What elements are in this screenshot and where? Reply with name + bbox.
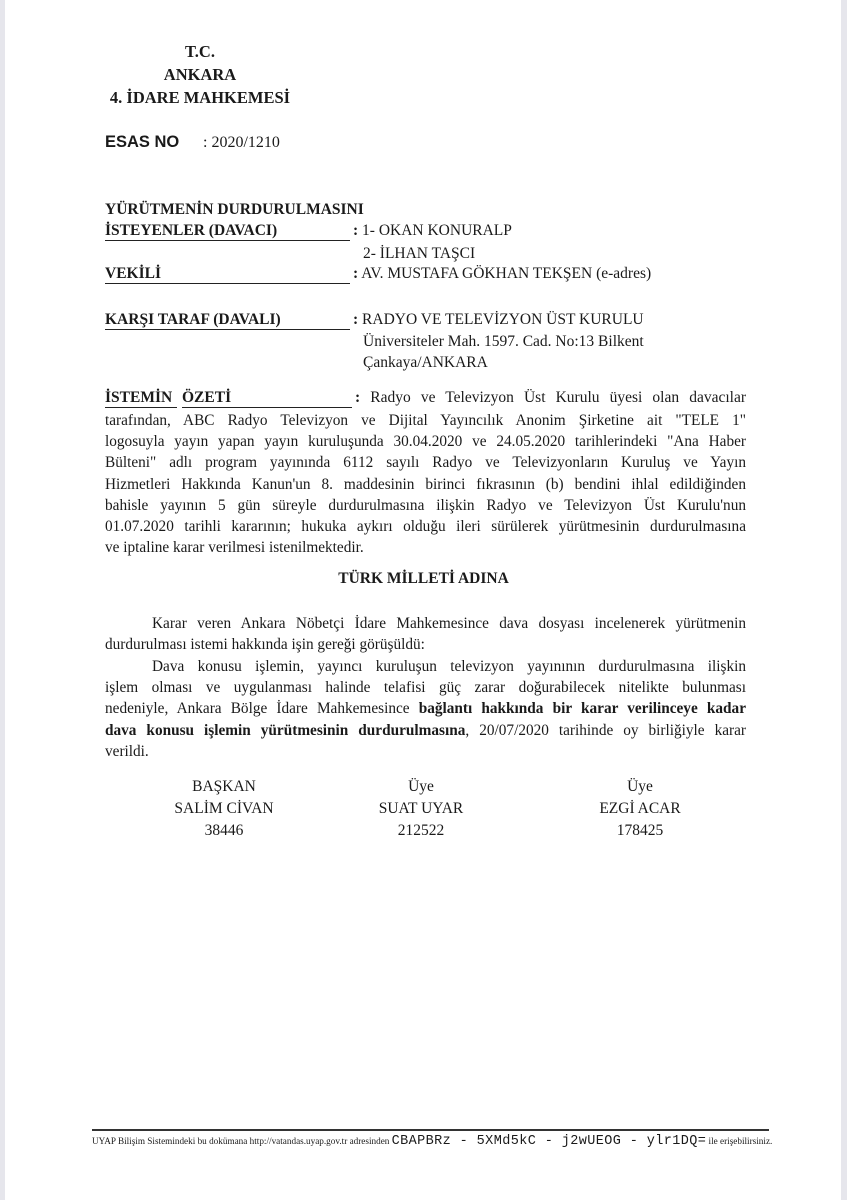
- summary-line: logosuyla yayın yapan yayın kuruluşunda …: [105, 431, 746, 452]
- decision-bold-text: dava konusu işlemin yürütmesinin durduru…: [105, 722, 465, 739]
- footer-verification: UYAP Bilişim Sistemindeki bu dokümana ht…: [92, 1134, 772, 1149]
- summary-line: ve iptaline karar verilmesi istenilmekte…: [105, 537, 746, 558]
- defendant-name: RADYO VE TELEVİZYON ÜST KURULU: [362, 311, 644, 328]
- decision-line: verildi.: [105, 741, 746, 762]
- decision-line: nedeniyle, Ankara Bölge İdare Mahkemesin…: [105, 698, 746, 719]
- header-tc: T.C.: [145, 42, 255, 62]
- signature-role: BAŞKAN: [134, 776, 314, 798]
- colon: :: [353, 265, 358, 282]
- summary-line: Hizmetleri Hakkında Kanun'un 8. maddesin…: [105, 474, 746, 495]
- defendant-label: KARŞI TARAF (DAVALI): [105, 311, 350, 330]
- colon: :: [355, 389, 360, 406]
- decision-bold-text: bağlantı hakkında bir karar verilinceye …: [419, 700, 746, 717]
- defendant-row: : RADYO VE TELEVİZYON ÜST KURULU: [353, 311, 644, 329]
- signature-id: 178425: [550, 820, 730, 842]
- verification-code: CBAPBRz - 5XMd5kC - j2wUEOG - ylr1DQ=: [392, 1134, 707, 1149]
- signature-role: Üye: [331, 776, 511, 798]
- summary-label-2: ÖZETİ: [182, 389, 352, 408]
- signature-name: SUAT UYAR: [331, 798, 511, 820]
- signature-member-2: Üye EZGİ ACAR 178425: [550, 776, 730, 842]
- summary-text: tarafından, ABC Radyo Televizyon ve Diji…: [105, 410, 746, 558]
- page-edge-right: [841, 0, 847, 1200]
- decision-line: durdurulması istemi hakkında işin gereği…: [105, 634, 746, 655]
- plaintiff-2: 2- İLHAN TAŞCI: [363, 245, 475, 263]
- signature-name: EZGİ ACAR: [550, 798, 730, 820]
- plaintiff-1: 1- OKAN KONURALP: [362, 222, 512, 239]
- page-edge-left: [0, 0, 5, 1200]
- footer-suffix: ile erişebilirsiniz.: [709, 1136, 773, 1146]
- summary-line-0: : Radyo ve Televizyon Üst Kurulu üyesi o…: [355, 389, 746, 407]
- summary-line: 01.07.2020 tarihli kararının; hukuka ayk…: [105, 516, 746, 537]
- decision-paragraph-1: Karar veren Ankara Nöbetçi İdare Mahkeme…: [105, 613, 746, 655]
- attorney-name: AV. MUSTAFA GÖKHAN TEKŞEN (e-adres): [361, 265, 651, 282]
- summary-line: bahisle yayının 5 gün süreyle durdurulma…: [105, 495, 746, 516]
- footer-divider: [92, 1129, 769, 1131]
- decision-line: Karar veren Ankara Nöbetçi İdare Mahkeme…: [105, 613, 746, 634]
- decision-paragraph-2: Dava konusu işlemin, yayıncı kuruluşun t…: [105, 656, 746, 762]
- signature-id: 212522: [331, 820, 511, 842]
- attorney-label: VEKİLİ: [105, 265, 350, 284]
- decision-title: TÜRK MİLLETİ ADINA: [0, 570, 847, 588]
- plaintiff-row: : 1- OKAN KONURALP: [353, 222, 512, 240]
- colon: :: [353, 222, 358, 239]
- attorney-row: : AV. MUSTAFA GÖKHAN TEKŞEN (e-adres): [353, 265, 651, 283]
- header-city: ANKARA: [145, 65, 255, 85]
- signature-member-1: Üye SUAT UYAR 212522: [331, 776, 511, 842]
- signature-role: Üye: [550, 776, 730, 798]
- signature-id: 38446: [134, 820, 314, 842]
- signature-president: BAŞKAN SALİM CİVAN 38446: [134, 776, 314, 842]
- decision-line: dava konusu işlemin yürütmesinin durduru…: [105, 720, 746, 741]
- esas-value: : 2020/1210: [203, 134, 280, 152]
- decision-line: işlem olması ve uygulanması halinde tela…: [105, 677, 746, 698]
- plaintiff-label: İSTEYENLER (DAVACI): [105, 222, 350, 241]
- signature-name: SALİM CİVAN: [134, 798, 314, 820]
- summary-line: tarafından, ABC Radyo Televizyon ve Diji…: [105, 410, 746, 431]
- defendant-address-2: Çankaya/ANKARA: [363, 354, 488, 372]
- defendant-address-1: Üniversiteler Mah. 1597. Cad. No:13 Bilk…: [363, 333, 644, 351]
- colon: :: [353, 311, 358, 328]
- esas-label: ESAS NO: [105, 133, 179, 152]
- footer-prefix: UYAP Bilişim Sistemindeki bu dokümana ht…: [92, 1136, 389, 1146]
- summary-line: Bülteni" adlı program yayınında 6112 say…: [105, 452, 746, 473]
- request-title: YÜRÜTMENİN DURDURULMASINI: [105, 201, 364, 219]
- decision-line: Dava konusu işlemin, yayıncı kuruluşun t…: [105, 656, 746, 677]
- header-court: 4. İDARE MAHKEMESİ: [90, 88, 310, 108]
- summary-label-1: İSTEMİN: [105, 389, 177, 408]
